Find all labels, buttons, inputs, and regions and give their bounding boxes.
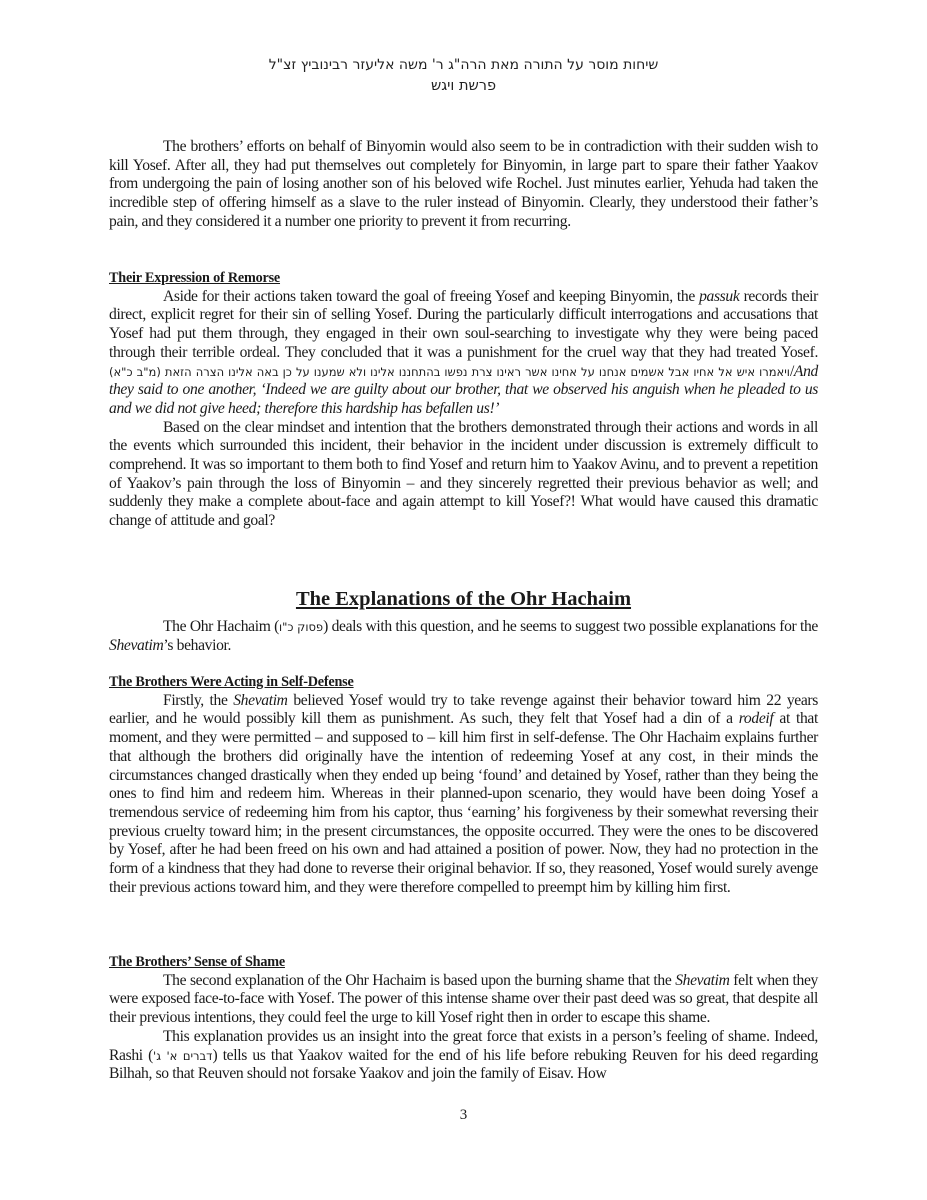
page-number: 3 [0, 1107, 927, 1124]
shame-paragraph-1: The second explanation of the Ohr Hachai… [109, 972, 818, 1028]
hebrew-quote: ויאמרו איש אל אחיו אבל אשמים אנחנו על אח… [109, 365, 790, 379]
term-shevatim: Shevatim [109, 637, 163, 654]
text-run: The Ohr Hachaim ( [163, 618, 279, 635]
explanations-intro: The Ohr Hachaim (פסוק כ"ו) deals with th… [109, 618, 818, 655]
remorse-heading: Their Expression of Remorse [109, 269, 818, 288]
remorse-paragraph-1: Aside for their actions taken toward the… [109, 288, 818, 419]
hebrew-citation: דברים א' ג' [153, 1049, 212, 1063]
term-shevatim: Shevatim [233, 692, 287, 709]
text-run: at that moment, and they were permitted … [109, 710, 818, 895]
intro-paragraph: The brothers’ efforts on behalf of Binyo… [109, 138, 818, 232]
self-defense-section: The Brothers Were Acting in Self-Defense… [109, 673, 818, 897]
text-run: ) tells us that Yaakov waited for the en… [109, 1047, 818, 1083]
term-shevatim: Shevatim [675, 972, 729, 989]
text-run: ’s behavior. [163, 637, 231, 654]
text-run: ) deals with this question, and he seems… [323, 618, 818, 635]
shame-heading: The Brothers’ Sense of Shame [109, 953, 818, 972]
running-header-author: שיחות מוסר על התורה מאת הרה"ג ר' משה אלי… [0, 57, 927, 73]
term-passuk: passuk [699, 288, 739, 305]
running-header-parsha: פרשת ויגש [0, 78, 927, 94]
hebrew-citation: פסוק כ"ו [279, 620, 323, 634]
section-title: The Explanations of the Ohr Hachaim [109, 586, 818, 612]
text-run: The second explanation of the Ohr Hachai… [163, 972, 675, 989]
document-page: שיחות מוסר על התורה מאת הרה"ג ר' משה אלי… [0, 0, 927, 1200]
intro-section: The brothers’ efforts on behalf of Binyo… [109, 138, 818, 232]
remorse-paragraph-2: Based on the clear mindset and intention… [109, 419, 818, 531]
self-defense-heading: The Brothers Were Acting in Self-Defense [109, 673, 818, 692]
explanations-section: The Explanations of the Ohr Hachaim The … [109, 586, 818, 655]
text-run: Firstly, the [163, 692, 233, 709]
self-defense-paragraph: Firstly, the Shevatim believed Yosef wou… [109, 692, 818, 898]
text-run: Aside for their actions taken toward the… [163, 288, 699, 305]
shame-paragraph-2: This explanation provides us an insight … [109, 1028, 818, 1084]
remorse-section: Their Expression of Remorse Aside for th… [109, 269, 818, 531]
shame-section: The Brothers’ Sense of Shame The second … [109, 953, 818, 1084]
term-rodeif: rodeif [739, 710, 774, 727]
